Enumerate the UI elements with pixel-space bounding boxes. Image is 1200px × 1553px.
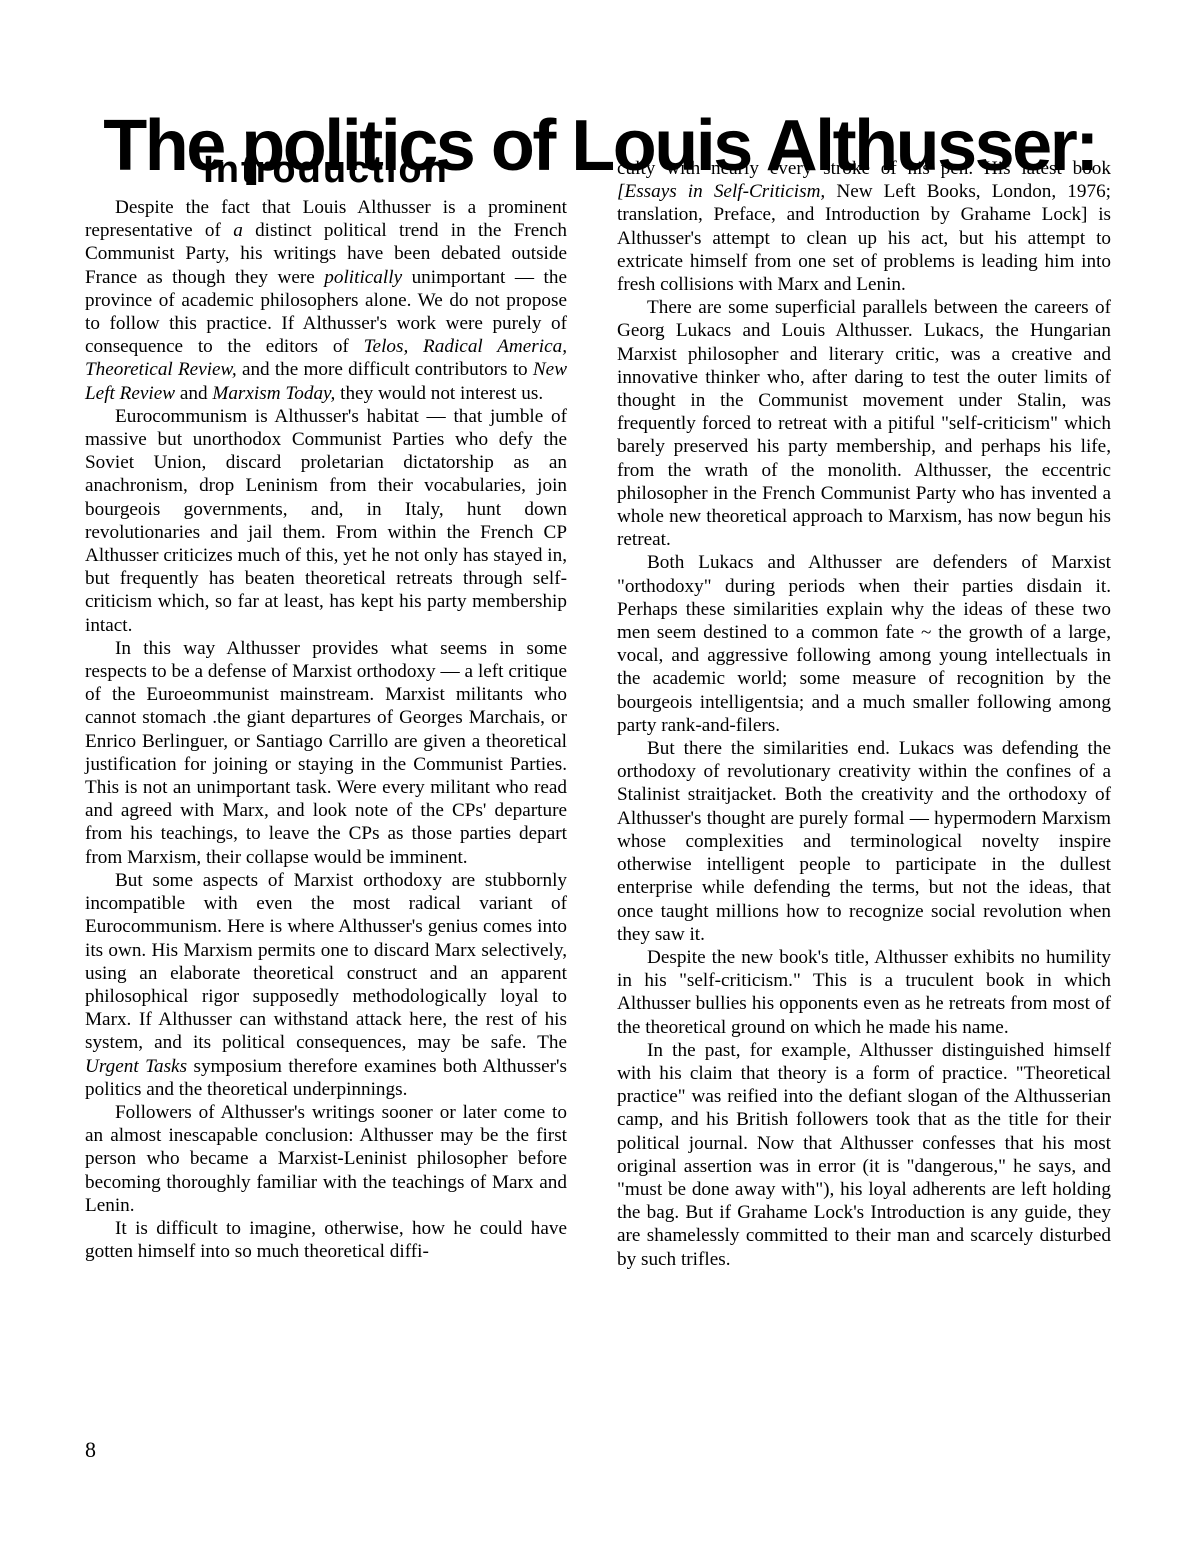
paragraph: Despite the new book's title, Althusser … [617, 946, 1111, 1039]
paragraph: Followers of Althusser's writings sooner… [85, 1101, 567, 1217]
paragraph: Eurocommunism is Althusser's habitat — t… [85, 405, 567, 637]
section-heading: Introduction [85, 150, 567, 190]
paragraph: Despite the fact that Louis Althusser is… [85, 196, 567, 405]
page-number: 8 [85, 1438, 96, 1462]
left-column: Introduction Despite the fact that Louis… [85, 150, 567, 1263]
paragraph: There are some superficial parallels bet… [617, 296, 1111, 551]
paragraph: In the past, for example, Althusser dist… [617, 1039, 1111, 1271]
paragraph: But there the similarities end. Lukacs w… [617, 737, 1111, 946]
right-column: culty with nearly every stroke of his pe… [617, 157, 1111, 1271]
paragraph: Both Lukacs and Althusser are defenders … [617, 551, 1111, 737]
paragraph: But some aspects of Marxist orthodoxy ar… [85, 869, 567, 1101]
paragraph: culty with nearly every stroke of his pe… [617, 157, 1111, 296]
paragraph: It is difficult to imagine, otherwise, h… [85, 1217, 567, 1263]
left-column-paragraphs: Despite the fact that Louis Althusser is… [85, 196, 567, 1263]
paragraph: In this way Althusser provides what seem… [85, 637, 567, 869]
document-page: The politics of Louis Althusser: Introdu… [0, 0, 1200, 1553]
right-column-paragraphs: culty with nearly every stroke of his pe… [617, 157, 1111, 1271]
